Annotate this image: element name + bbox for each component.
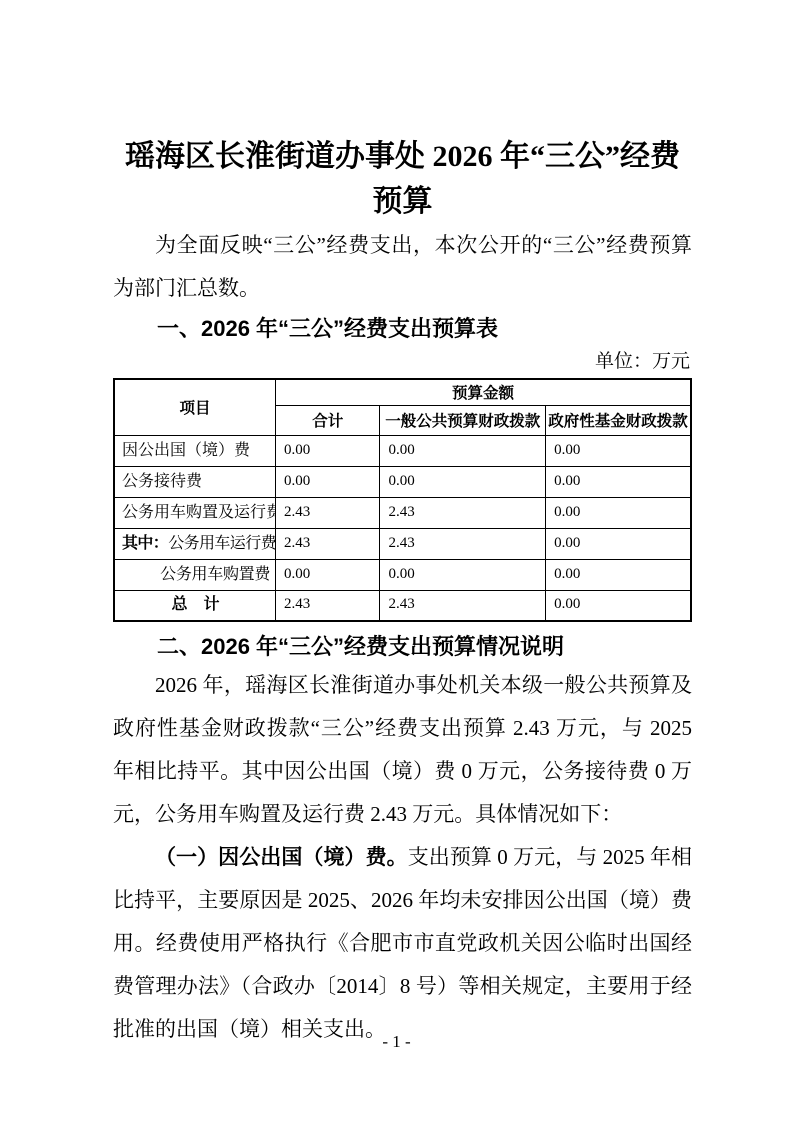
section2-heading: 二、2026 年“三公”经费支出预算情况说明 [113,630,692,664]
row-value: 2.43 [276,497,380,528]
row-value: 2.43 [380,590,546,621]
row-value: 0.00 [380,466,546,497]
row-value: 0.00 [546,590,691,621]
page-number: - 1 - [0,1032,793,1052]
item1-paragraph: （一）因公出国（境）费。支出预算 0 万元，与 2025 年相比持平，主要原因是… [113,836,692,1051]
row-label-abroad: 因公出国（境）费 [114,435,276,466]
row-label-prefix: 其中： [122,535,168,552]
table-row: 总 计 2.43 2.43 0.00 [114,590,691,621]
row-label-vehicle-total: 公务用车购置及运行费 [114,497,276,528]
budget-table: 项目 预算金额 合计 一般公共预算财政拨款 政府性基金财政拨款 因公出国（境）费… [113,378,692,622]
row-value: 2.43 [276,528,380,559]
document-title-line1: 瑶海区长淮街道办事处 2026 年“三公”经费 [113,134,692,179]
document-content: 瑶海区长淮街道办事处 2026 年“三公”经费 预算 为全面反映“三公”经费支出… [113,0,692,1051]
row-label-vehicle-purchase: 公务用车购置费 [114,559,276,590]
row-value: 2.43 [276,590,380,621]
row-value: 0.00 [276,435,380,466]
explanation-paragraph: 2026 年，瑶海区长淮街道办事处机关本级一般公共预算及政府性基金财政拨款“三公… [113,664,692,836]
table-header-general-public-finance: 一般公共预算财政拨款 [380,405,546,435]
row-label-grand-total: 总 计 [114,590,276,621]
row-value: 0.00 [380,559,546,590]
row-value: 2.43 [380,497,546,528]
row-value: 0.00 [546,435,691,466]
section1-heading: 一、2026 年“三公”经费支出预算表 [113,312,692,346]
table-row: 因公出国（境）费 0.00 0.00 0.00 [114,435,691,466]
unit-note: 单位：万元 [113,349,692,375]
row-label-vehicle-operation: 其中：公务用车运行费 [114,528,276,559]
row-value: 0.00 [546,497,691,528]
row-label-text: 公务用车运行费 [168,535,275,552]
item1-lead: （一）因公出国（境）费。 [155,845,408,869]
table-header-government-fund-finance: 政府性基金财政拨款 [546,405,691,435]
table-row: 公务用车购置及运行费 2.43 2.43 0.00 [114,497,691,528]
table-header-total: 合计 [276,405,380,435]
row-value: 0.00 [380,435,546,466]
document-title: 瑶海区长淮街道办事处 2026 年“三公”经费 预算 [113,134,692,224]
document-page: 瑶海区长淮街道办事处 2026 年“三公”经费 预算 为全面反映“三公”经费支出… [0,0,793,1122]
row-value: 0.00 [276,559,380,590]
table-header-item: 项目 [114,379,276,435]
intro-paragraph: 为全面反映“三公”经费支出，本次公开的“三公”经费预算为部门汇总数。 [113,224,692,310]
item1-text: 支出预算 0 万元，与 2025 年相比持平，主要原因是 2025、2026 年… [113,845,692,1041]
document-title-line2: 预算 [113,179,692,224]
row-value: 0.00 [276,466,380,497]
row-value: 2.43 [380,528,546,559]
table-row: 公务用车购置费 0.00 0.00 0.00 [114,559,691,590]
table-row: 其中：公务用车运行费 2.43 2.43 0.00 [114,528,691,559]
row-label-reception: 公务接待费 [114,466,276,497]
row-value: 0.00 [546,559,691,590]
row-value: 0.00 [546,466,691,497]
table-header-budget-amount: 预算金额 [276,379,691,405]
table-row: 公务接待费 0.00 0.00 0.00 [114,466,691,497]
row-value: 0.00 [546,528,691,559]
